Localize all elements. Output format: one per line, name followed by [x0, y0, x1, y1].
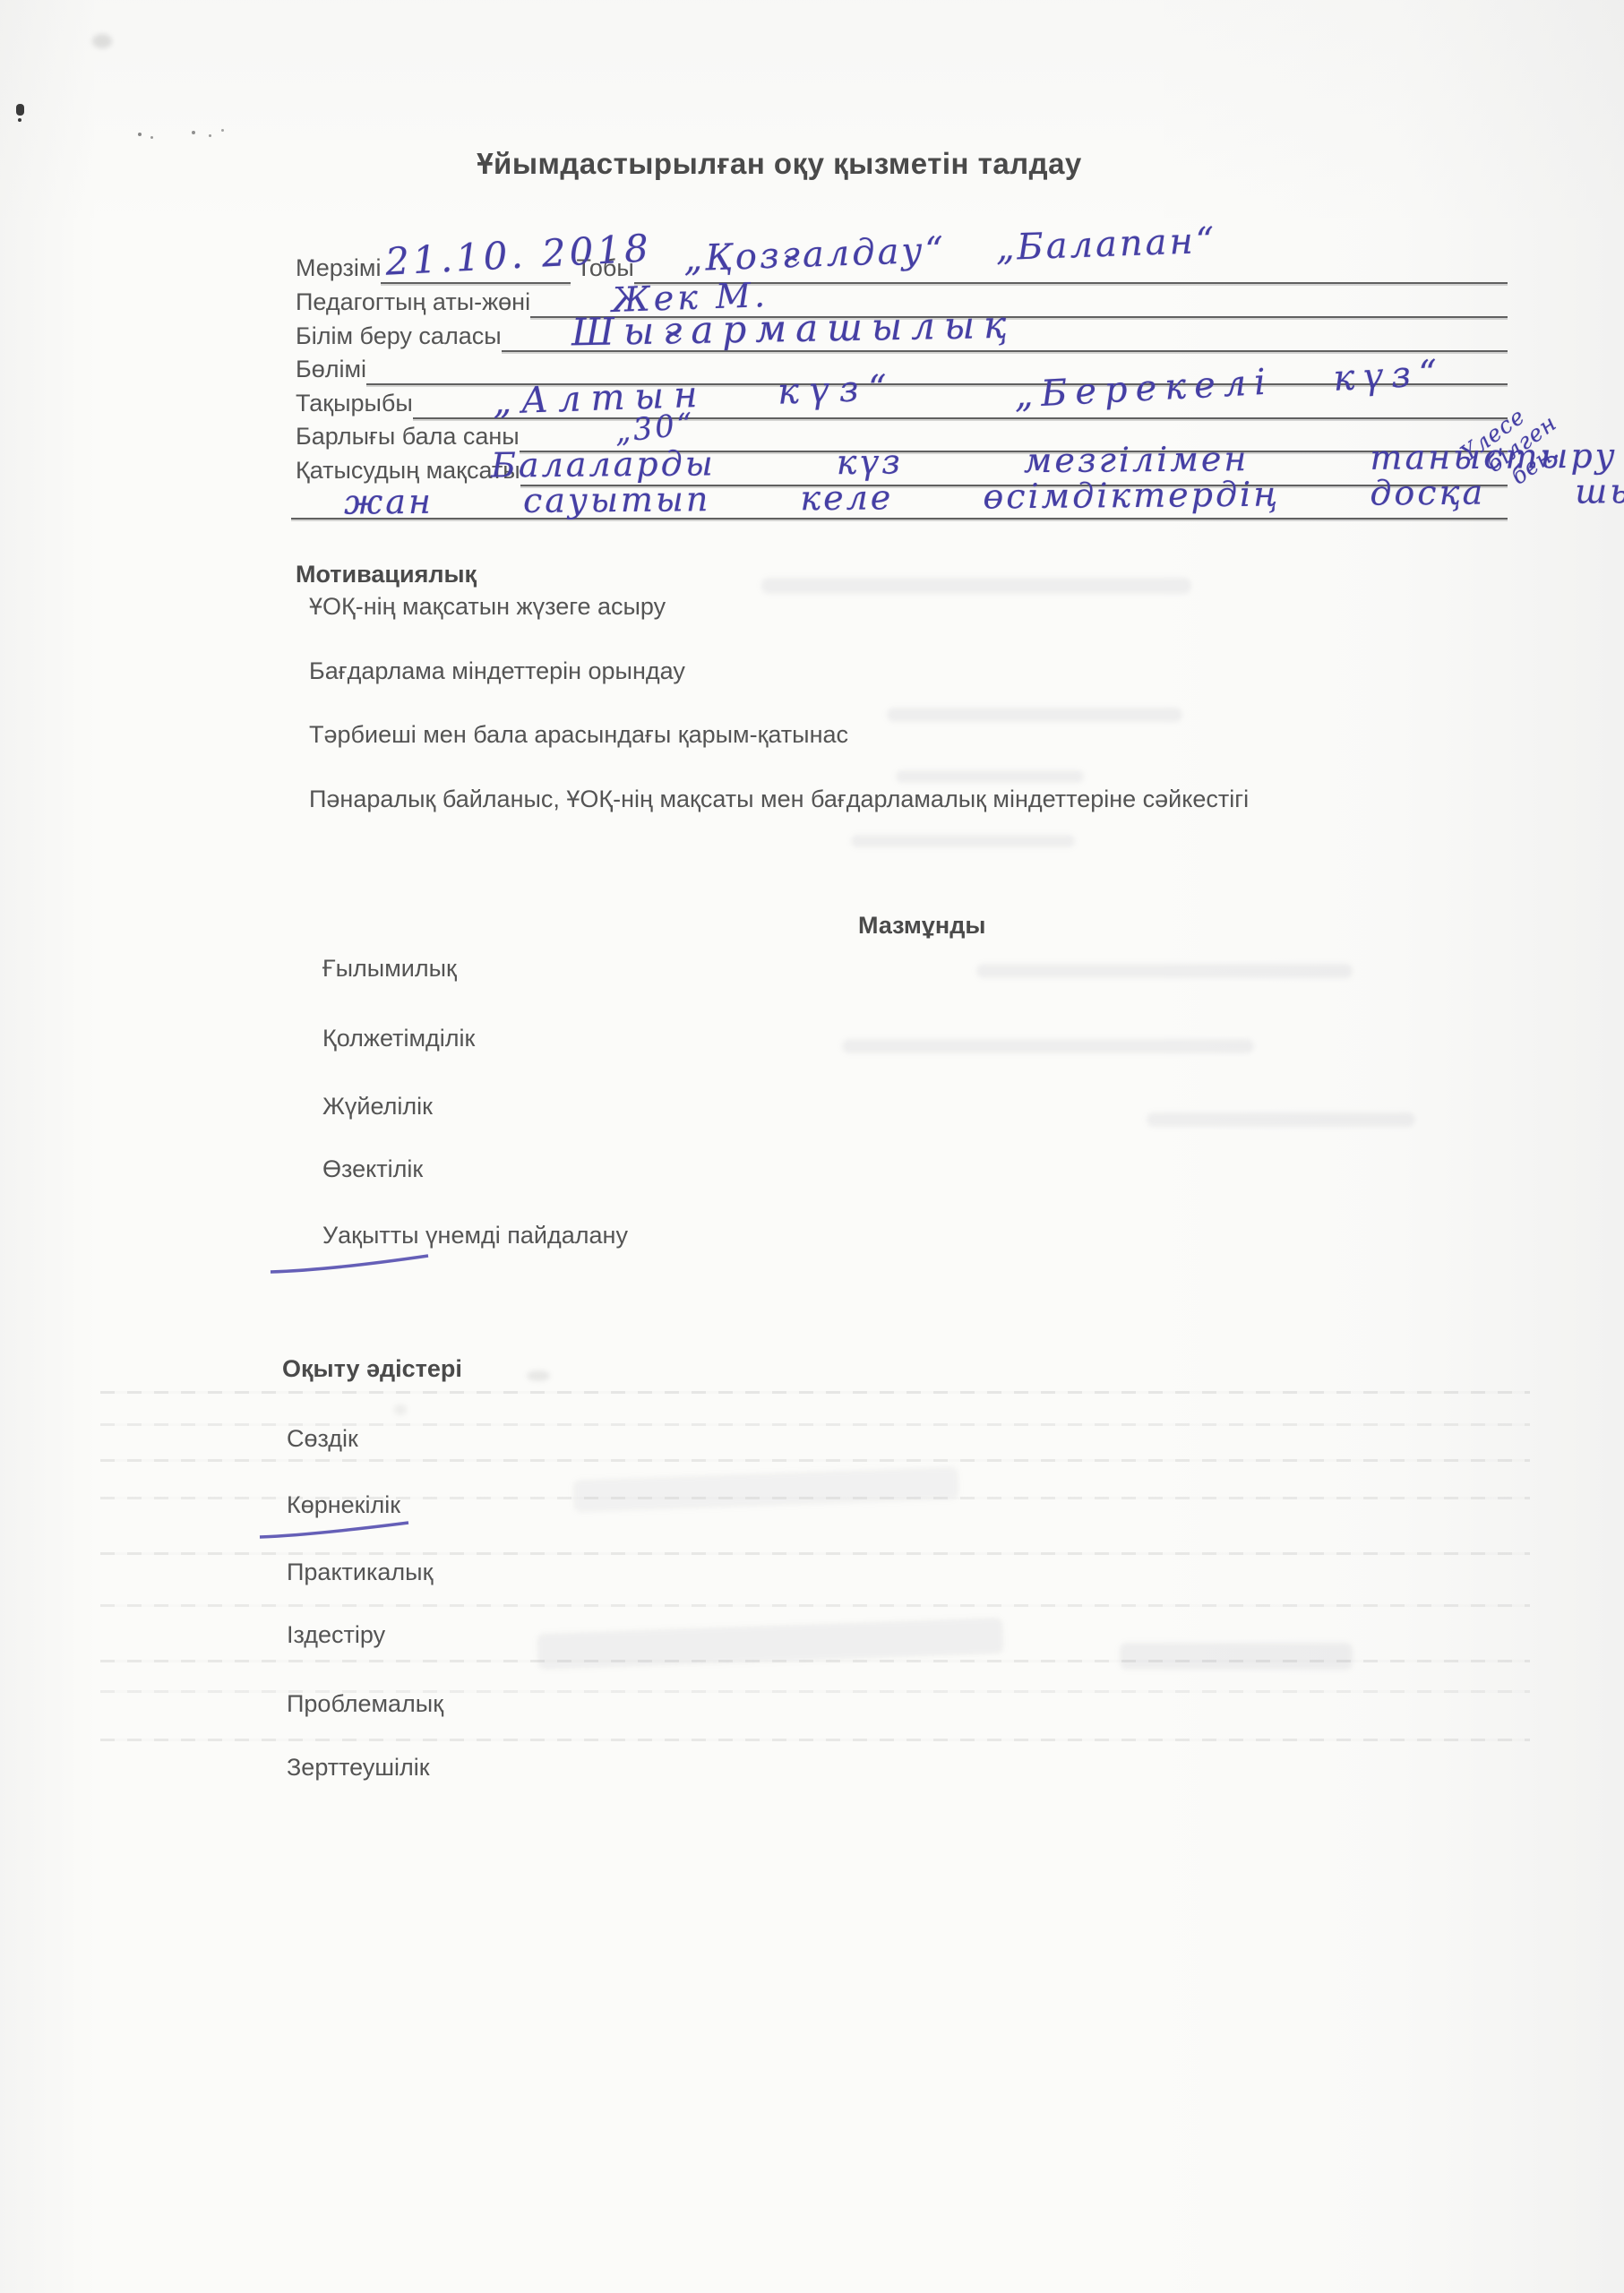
method-item: Зерттеушілік	[287, 1754, 430, 1782]
bleed-through-text	[887, 708, 1182, 722]
content-item: Өзектілік	[322, 1155, 423, 1183]
bleed-through-text	[1147, 1112, 1415, 1127]
content-item: Жүйелілік	[322, 1093, 433, 1121]
content-item: Қолжетімділік	[322, 1025, 475, 1052]
method-item: Проблемалық	[287, 1690, 443, 1718]
motivational-item: Пәнаралық байланыс, ҰОҚ-нің мақсаты мен …	[309, 786, 1249, 813]
edu-area-label: Білім беру саласы	[296, 321, 502, 352]
scan-speck	[192, 131, 195, 134]
bleed-through-text	[842, 1039, 1254, 1053]
scan-speck	[138, 133, 142, 136]
scan-speck	[16, 104, 24, 116]
scan-speck	[150, 136, 153, 139]
scan-smudge	[527, 1370, 550, 1381]
bleed-through-line	[100, 1690, 1530, 1693]
bleed-through-text	[896, 770, 1084, 783]
bleed-through-line	[100, 1459, 1530, 1462]
motivational-item: Тәрбиеші мен бала арасындағы қарым-қатын…	[309, 721, 848, 749]
date-label: Мерзімі	[296, 253, 381, 284]
bleed-through-text	[976, 964, 1353, 978]
bleed-through-line	[100, 1604, 1530, 1607]
motivational-item: ҰОҚ-нің мақсатын жүзеге асыру	[309, 593, 666, 621]
bleed-through-text	[1120, 1643, 1353, 1670]
pen-underline-kornekilik	[256, 1517, 414, 1541]
content-item: Уақытты үнемді пайдалану	[322, 1222, 628, 1250]
document-title: Ұйымдастырылған оқу қызметін талдау	[340, 147, 1218, 181]
children-count-label: Барлығы бала саны	[296, 421, 520, 452]
section-heading-methods: Оқыту әдістері	[282, 1355, 462, 1383]
scanned-document-page: Ұйымдастырылған оқу қызметін талдау Мерз…	[0, 0, 1624, 2293]
section-heading-motivational: Мотивациялық	[296, 561, 477, 588]
teacher-label: Педагогтың аты-жөні	[296, 287, 530, 318]
bleed-through-text	[573, 1467, 959, 1513]
scan-smudge	[394, 1404, 407, 1415]
pen-underline-uakytty	[267, 1250, 434, 1275]
section-heading-content: Мазмұнды	[858, 912, 985, 940]
method-item: Іздестіру	[287, 1621, 385, 1649]
department-label: Бөлімі	[296, 354, 366, 385]
scan-speck	[221, 129, 224, 132]
method-item: Көрнекілік	[287, 1491, 400, 1519]
scan-smudge	[92, 34, 112, 48]
bleed-through-line	[100, 1391, 1530, 1394]
bleed-through-line	[100, 1552, 1530, 1555]
bleed-through-text	[851, 835, 1075, 847]
scan-speck	[209, 134, 211, 137]
method-item: Практикалық	[287, 1559, 433, 1586]
handwritten-edu-area: Шығармашылық	[571, 303, 1016, 355]
bleed-through-line	[100, 1739, 1530, 1741]
content-item: Ғылымилық	[322, 955, 457, 983]
method-item: Сөздік	[287, 1425, 358, 1453]
topic-label: Тақырыбы	[296, 388, 413, 419]
scan-speck	[18, 118, 21, 122]
bleed-through-text	[761, 578, 1191, 594]
bleed-through-line	[100, 1423, 1530, 1426]
motivational-item: Бағдарлама міндеттерін орындау	[309, 657, 685, 685]
